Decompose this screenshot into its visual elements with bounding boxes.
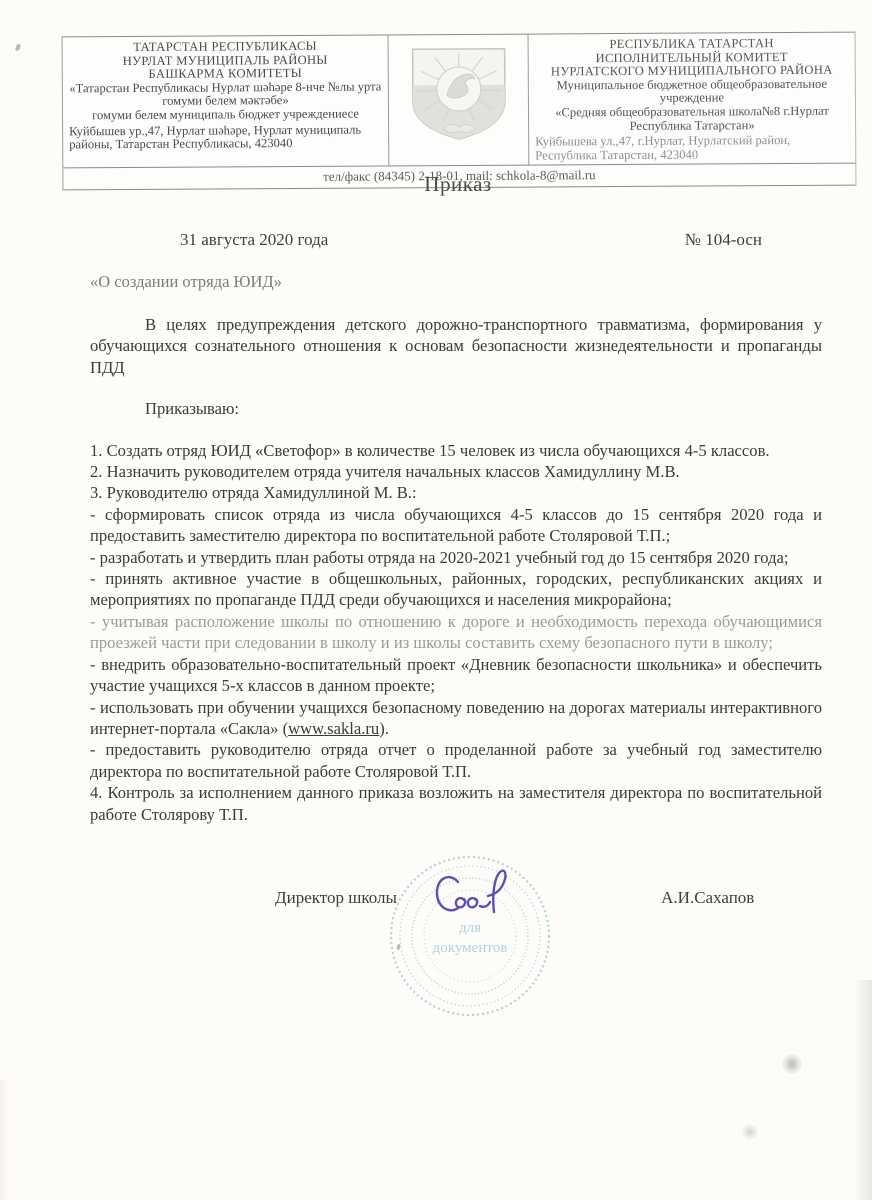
- document-title: Приказ: [62, 172, 854, 197]
- order-body: В целях предупреждения детского дорожно-…: [90, 314, 822, 825]
- order-item: - сформировать список отряда из числа об…: [90, 504, 822, 547]
- handwritten-signature: [428, 866, 528, 928]
- scan-speck: [782, 1052, 802, 1076]
- intro-paragraph: В целях предупреждения детского дорожно-…: [90, 314, 822, 378]
- stamp-text-line2: документов: [433, 940, 508, 956]
- address-russian: Куйбышева ул.,47, г.Нурлат, Нурлатский р…: [535, 134, 849, 163]
- order-item: 4. Контроль за исполнением данного прика…: [90, 782, 822, 825]
- directive-word: Приказываю:: [90, 398, 822, 419]
- tatarstan-coat-of-arms-icon: [404, 45, 513, 146]
- scan-mark: [15, 44, 21, 52]
- order-date: 31 августа 2020 года: [180, 230, 328, 250]
- scan-edge-tint: [0, 1080, 10, 1200]
- letterhead-right-block: РЕСПУБЛИКА ТАТАРСТАН ИСПОЛНИТЕЛЬНЫЙ КОМИ…: [529, 33, 856, 165]
- order-item: - внедрить образовательно-воспитательный…: [90, 654, 822, 697]
- order-item: 3. Руководителю отряда Хамидуллиной М. В…: [90, 482, 822, 503]
- order-item: - разработать и утвердить план работы от…: [90, 547, 822, 568]
- letterhead-emblem-cell: [389, 35, 530, 166]
- order-subject: «О создании отряда ЮИД»: [90, 272, 282, 292]
- date-number-row: 31 августа 2020 года № 104-осн: [180, 230, 762, 250]
- scanned-order-document: ТАТАРСТАН РЕСПУБЛИКАСЫ НУРЛАТ МУНИЦИПАЛЬ…: [0, 0, 872, 1200]
- scan-edge-shadow: [854, 980, 872, 1200]
- address-tatar: Куйбышев ур.,47, Нурлат шәһәре, Нурлат м…: [69, 123, 382, 152]
- letterhead-left-block: ТАТАРСТАН РЕСПУБЛИКАСЫ НУРЛАТ МУНИЦИПАЛЬ…: [63, 35, 390, 167]
- order-item: - использовать при обучении учащихся без…: [90, 697, 822, 740]
- letterhead: ТАТАРСТАН РЕСПУБЛИКАСЫ НУРЛАТ МУНИЦИПАЛЬ…: [62, 32, 857, 191]
- scan-speck: [742, 1122, 758, 1142]
- order-item: - принять активное участие в общешкольны…: [90, 568, 822, 611]
- signer-role: Директор школы: [275, 888, 397, 908]
- order-item: 2. Назначить руководителем отряда учител…: [90, 461, 822, 482]
- order-item: - предоставить руководителю отряда отчет…: [90, 739, 822, 782]
- sakla-link[interactable]: www.sakla.ru: [288, 719, 379, 738]
- order-number: № 104-осн: [685, 230, 762, 250]
- order-item: 1. Создать отряд ЮИД «Светофор» в количе…: [90, 440, 822, 461]
- order-item-faded: - учитывая расположение школы по отношен…: [90, 611, 822, 654]
- scan-mark: [396, 944, 400, 950]
- signer-name: А.И.Сахапов: [661, 888, 754, 908]
